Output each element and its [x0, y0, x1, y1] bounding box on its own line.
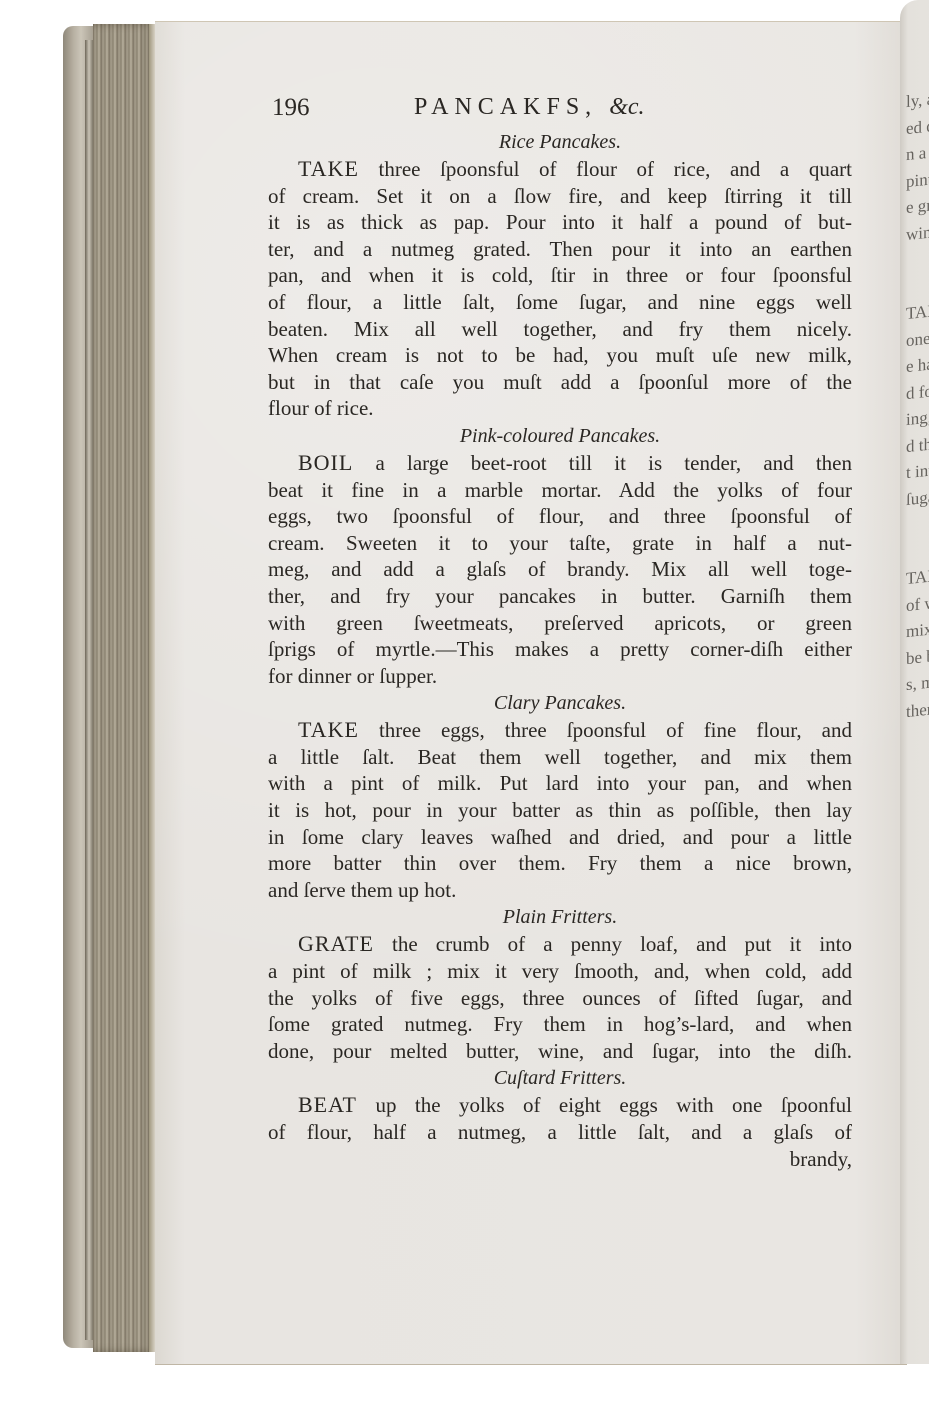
text-line: the yolks of five eggs, three ounces of … — [268, 985, 852, 1012]
next-page-line: s, melt — [906, 666, 929, 699]
page-number: 196 — [272, 94, 310, 122]
lead-word: GRATE — [298, 931, 374, 956]
recipe-body: BOIL a large beet-root till it is tender… — [268, 450, 852, 689]
text-line: for dinner or ſupper. — [268, 663, 852, 690]
recipe-body: TAKE three ſpoonsful of flour of rice, a… — [268, 156, 852, 422]
text-line: cream. Sweeten it to your taſte, grate i… — [268, 530, 852, 557]
running-title: PANCAKFS, &c. — [414, 94, 645, 121]
text-line: BOIL a large beet-root till it is tender… — [268, 450, 852, 477]
text-line: of flour, half a nutmeg, a little ſalt, … — [268, 1119, 852, 1146]
next-page-line: e half a p — [906, 348, 929, 381]
cover-rib — [85, 40, 93, 1340]
recipe-pink-coloured-pancakes: Pink-coloured Pancakes. BOIL a large bee… — [268, 422, 852, 689]
line-text: the crumb of a penny loaf, and put it in… — [374, 932, 852, 956]
next-page-edge: ly, add a ed diſh. n a batter pint of m … — [900, 0, 929, 1364]
text-line: of cream. Set it on a ſlow fire, and kee… — [268, 183, 852, 210]
running-title-text: PANCAKFS, — [414, 94, 597, 120]
text-line: a little ſalt. Beat them well together, … — [268, 744, 852, 771]
line-text: three ſpoonsful of flour of rice, and a … — [359, 157, 852, 181]
recipe-heading: Cuſtard Fritters. — [268, 1064, 852, 1092]
recipe-body: TAKE three eggs, three ſpoonsful of fine… — [268, 717, 852, 903]
text-line: beaten. Mix all well together, and fry t… — [268, 316, 852, 343]
text-line: beat it fine in a marble mortar. Add the… — [268, 477, 852, 504]
running-etc: &c. — [609, 94, 644, 120]
lead-word: BOIL — [298, 450, 353, 475]
next-page-line: TAKE fo — [906, 560, 929, 593]
text-line: TAKE three ſpoonsful of flour of rice, a… — [268, 156, 852, 183]
recipe-heading: Clary Pancakes. — [268, 689, 852, 717]
text-line: with green ſweetmeats, preſerved apricot… — [268, 610, 852, 637]
text-line: eggs, two ſpoonsful of flour, and three … — [268, 503, 852, 530]
lead-word: TAKE — [298, 717, 359, 742]
recipe-rice-pancakes: Rice Pancakes. TAKE three ſpoonsful of f… — [268, 128, 852, 422]
text-line: GRATE the crumb of a penny loaf, and put… — [268, 931, 852, 958]
text-line: ter, and a nutmeg grated. Then pour it i… — [268, 236, 852, 263]
recipe-body: BEAT up the yolks of eight eggs with one… — [268, 1092, 852, 1172]
text-line: TAKE three eggs, three ſpoonsful of fine… — [268, 717, 852, 744]
text-line: meg, and add a glaſs of brandy. Mix all … — [268, 556, 852, 583]
next-page-line: TAKE fo — [906, 295, 929, 328]
lead-word: TAKE — [298, 156, 359, 181]
lead-word: BEAT — [298, 1092, 357, 1117]
text-line: of flour, a little ſalt, ſome ſugar, and… — [268, 289, 852, 316]
recipe-heading: Pink-coloured Pancakes. — [268, 422, 852, 450]
line-text: a large beet-root till it is tender, and… — [353, 451, 852, 475]
line-text: three eggs, three ſpoonsful of fine flou… — [359, 718, 852, 742]
running-head: 196 PANCAKFS, &c. — [268, 92, 852, 128]
recipe-custard-fritters: Cuſtard Fritters. BEAT up the yolks of e… — [268, 1064, 852, 1172]
text-line: more batter thin over them. Fry them a n… — [268, 850, 852, 877]
recipe-heading: Plain Fritters. — [268, 903, 852, 931]
book-spread: ly, add a ed diſh. n a batter pint of m … — [0, 0, 929, 1417]
next-page-line: mix the — [906, 613, 929, 646]
text-line: it is as thick as pap. Pour into it half… — [268, 209, 852, 236]
page-block-edges — [93, 24, 155, 1352]
next-page-line: ing, wit — [906, 401, 929, 434]
next-page-line: e grated. — [906, 189, 929, 222]
next-page-text: ly, add a ed diſh. n a batter pint of m … — [906, 83, 929, 725]
recipe-heading: Rice Pancakes. — [268, 128, 852, 156]
text-line: pan, and when it is cold, ſtir in three … — [268, 262, 852, 289]
text-line: with a pint of milk. Put lard into your … — [268, 770, 852, 797]
text-line: flour of rice. — [268, 395, 852, 422]
text-line: ſome grated nutmeg. Fry them in hog’s-la… — [268, 1011, 852, 1038]
catchword: brandy, — [268, 1146, 852, 1173]
next-page-line: ly, add a — [906, 83, 929, 116]
text-line: it is hot, pour in your batter as thin a… — [268, 797, 852, 824]
text-line: When cream is not to be had, you muſt uſ… — [268, 342, 852, 369]
recipe-plain-fritters: Plain Fritters. GRATE the crumb of a pen… — [268, 903, 852, 1064]
text-line: but in that caſe you muſt add a ſpoonſul… — [268, 369, 852, 396]
next-page-line: t into the — [906, 454, 929, 487]
text-line: and ſerve them up hot. — [268, 877, 852, 904]
recipe-clary-pancakes: Clary Pancakes. TAKE three eggs, three ſ… — [268, 689, 852, 903]
line-text: up the yolks of eight eggs with one ſpoo… — [357, 1093, 852, 1117]
text-line: a pint of milk ; mix it very ſmooth, and… — [268, 958, 852, 985]
text-line: done, pour melted butter, wine, and ſuga… — [268, 1038, 852, 1065]
text-line: ſprigs of myrtle.—This makes a pretty co… — [268, 636, 852, 663]
text-line: BEAT up the yolks of eight eggs with one… — [268, 1092, 852, 1119]
page-content: 196 PANCAKFS, &c. Rice Pancakes. TAKE th… — [268, 92, 852, 1172]
text-line: ther, and fry your pancakes in butter. G… — [268, 583, 852, 610]
next-page-line: n a batter — [906, 136, 929, 169]
recipe-body: GRATE the crumb of a penny loaf, and put… — [268, 931, 852, 1064]
text-line: in ſome clary leaves waſhed and dried, a… — [268, 824, 852, 851]
